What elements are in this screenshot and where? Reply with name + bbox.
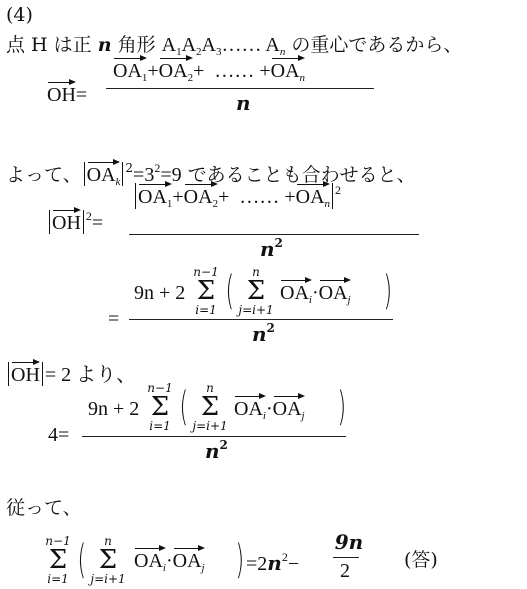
sigma-icon: Σ <box>147 394 173 420</box>
text-fragment: 角形 <box>112 34 162 56</box>
sum-lower-limit: j=i+1 <box>86 573 130 585</box>
vector-OAn: OAn <box>296 186 330 210</box>
inner-sum: n Σ j=i+1 <box>188 382 232 432</box>
left-paren: ( <box>78 537 87 583</box>
statement-line-centroid: 点 H は正 n 角形 A1A2A3…… An の重心であるから、 <box>6 34 462 63</box>
vector-OA2: OA2 <box>184 186 218 210</box>
text-fragment: 点 H は正 <box>6 34 98 56</box>
text-fragment: = 2 より、 <box>45 364 136 386</box>
eq4-prefix: 9n + 2 <box>88 398 139 421</box>
vector-OAj: OAj <box>173 550 205 574</box>
eq2-denominator: n2 <box>260 236 283 261</box>
sum-lower-limit: i=1 <box>193 304 219 316</box>
eq1-denominator: n <box>236 91 251 115</box>
vector-OH: OH <box>47 84 76 107</box>
rhs-frac-num: 9n <box>334 530 364 554</box>
rhs-frac-den: 2 <box>340 560 350 583</box>
outer-sum: n−1 Σ i=1 <box>45 535 71 585</box>
section-label: (4) <box>6 4 33 26</box>
outer-sum: n−1 Σ i=1 <box>193 266 219 316</box>
eq4-lhs: 4= <box>48 424 69 447</box>
fraction-bar <box>333 557 359 558</box>
right-paren: ) <box>236 537 245 583</box>
statement-line-oh-magnitude: OH= 2 より、 <box>6 362 136 386</box>
var-n: n <box>98 34 112 56</box>
vector-OAn: OAn <box>271 60 305 84</box>
sigma-icon: Σ <box>234 278 278 304</box>
sigma-icon: Σ <box>188 394 232 420</box>
outer-sum: n−1 Σ i=1 <box>147 382 173 432</box>
eq3-equals: = <box>108 308 119 331</box>
fraction-bar <box>129 234 419 235</box>
sum-lower-limit: j=i+1 <box>188 420 232 432</box>
right-paren: ) <box>384 268 393 314</box>
eq3-prefix: 9n + 2 <box>134 282 185 305</box>
eq2-lhs: OH2= <box>47 209 103 235</box>
fraction-bar <box>106 88 374 89</box>
vector-OA2: OA2 <box>159 60 193 84</box>
dot-product: OAi·OAj <box>134 550 205 574</box>
vector-OAi: OAi <box>134 550 166 574</box>
sum-lower-limit: i=1 <box>45 573 71 585</box>
vector-OAi: OAi <box>234 398 266 422</box>
answer-tag: (答) <box>404 549 438 571</box>
vector-OH: OH <box>52 212 81 235</box>
sigma-icon: Σ <box>193 278 219 304</box>
vector-OAj: OAj <box>319 282 351 306</box>
left-paren: ( <box>226 268 235 314</box>
inner-sum: n Σ j=i+1 <box>86 535 130 585</box>
fraction-bar <box>82 436 346 437</box>
eq2-numerator: OA1+OA2+ …… +OAn2 <box>133 183 341 210</box>
text-fragment: よって、 <box>6 164 82 186</box>
vector-OH: OH <box>11 364 40 386</box>
sigma-icon: Σ <box>45 547 71 573</box>
sum-lower-limit: j=i+1 <box>234 304 278 316</box>
eq1-lhs: OH= <box>47 84 87 107</box>
fraction-bar <box>129 319 393 320</box>
text-fragment: の重心であるから、 <box>285 34 462 56</box>
eq1-numerator: OA1+OA2+ …… +OAn <box>113 60 305 84</box>
sigma-icon: Σ <box>86 547 130 573</box>
left-paren: ( <box>180 384 189 430</box>
vector-OAi: OAi <box>280 282 312 306</box>
vector-OA1: OA1 <box>138 186 172 210</box>
dot-product: OAi·OAj <box>280 282 351 306</box>
statement-line-therefore: 従って、 <box>6 497 82 519</box>
inner-sum: n Σ j=i+1 <box>234 266 278 316</box>
vector-OA1: OA1 <box>113 60 147 84</box>
vector-OAj: OAj <box>273 398 305 422</box>
dot-product: OAi·OAj <box>234 398 305 422</box>
eq4-denominator: n2 <box>205 438 228 463</box>
vector-OAk: OAk <box>87 164 121 193</box>
eq3-denominator: n2 <box>252 321 275 346</box>
right-paren: ) <box>338 384 347 430</box>
rhs-term: =2n2− <box>246 550 299 576</box>
sum-lower-limit: i=1 <box>147 420 173 432</box>
polygon-vertices: A1A2A3…… An <box>162 34 286 56</box>
